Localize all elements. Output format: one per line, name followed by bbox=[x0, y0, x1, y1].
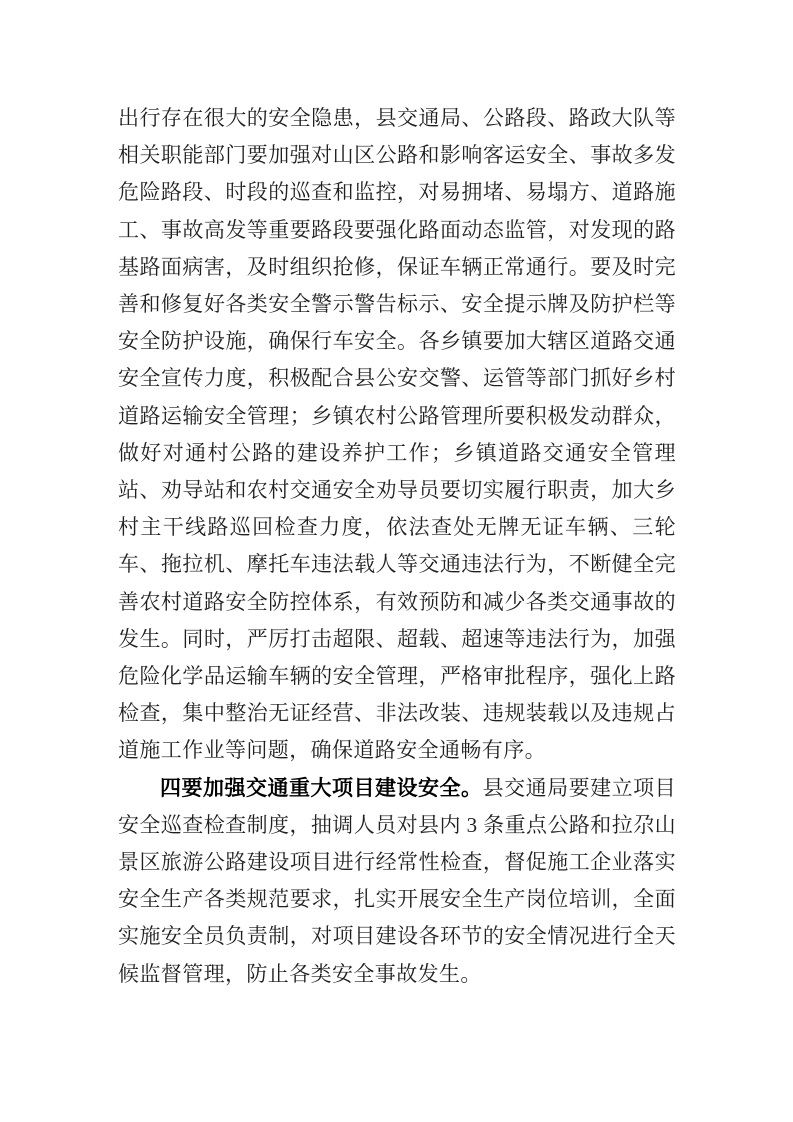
paragraph-heading-run: 四要加强交通重大项目建设安全。 bbox=[160, 777, 483, 800]
document-page: 出行存在很大的安全隐患，县交通局、公路段、路政大队等相关职能部门要加强对山区公路… bbox=[0, 0, 793, 1122]
document-body: 出行存在很大的安全隐患，县交通局、公路段、路政大队等相关职能部门要加强对山区公路… bbox=[118, 100, 676, 993]
paragraph-text-run: 县交通局要建立项目安全巡查检查制度，抽调人员对县内 3 条重点公路和拉尕山景区旅… bbox=[118, 776, 676, 986]
paragraph: 四要加强交通重大项目建设安全。县交通局要建立项目安全巡查检查制度，抽调人员对县内… bbox=[118, 770, 676, 993]
paragraph-text-run: 出行存在很大的安全隐患，县交通局、公路段、路政大队等相关职能部门要加强对山区公路… bbox=[118, 106, 676, 762]
paragraph: 出行存在很大的安全隐患，县交通局、公路段、路政大队等相关职能部门要加强对山区公路… bbox=[118, 100, 676, 770]
